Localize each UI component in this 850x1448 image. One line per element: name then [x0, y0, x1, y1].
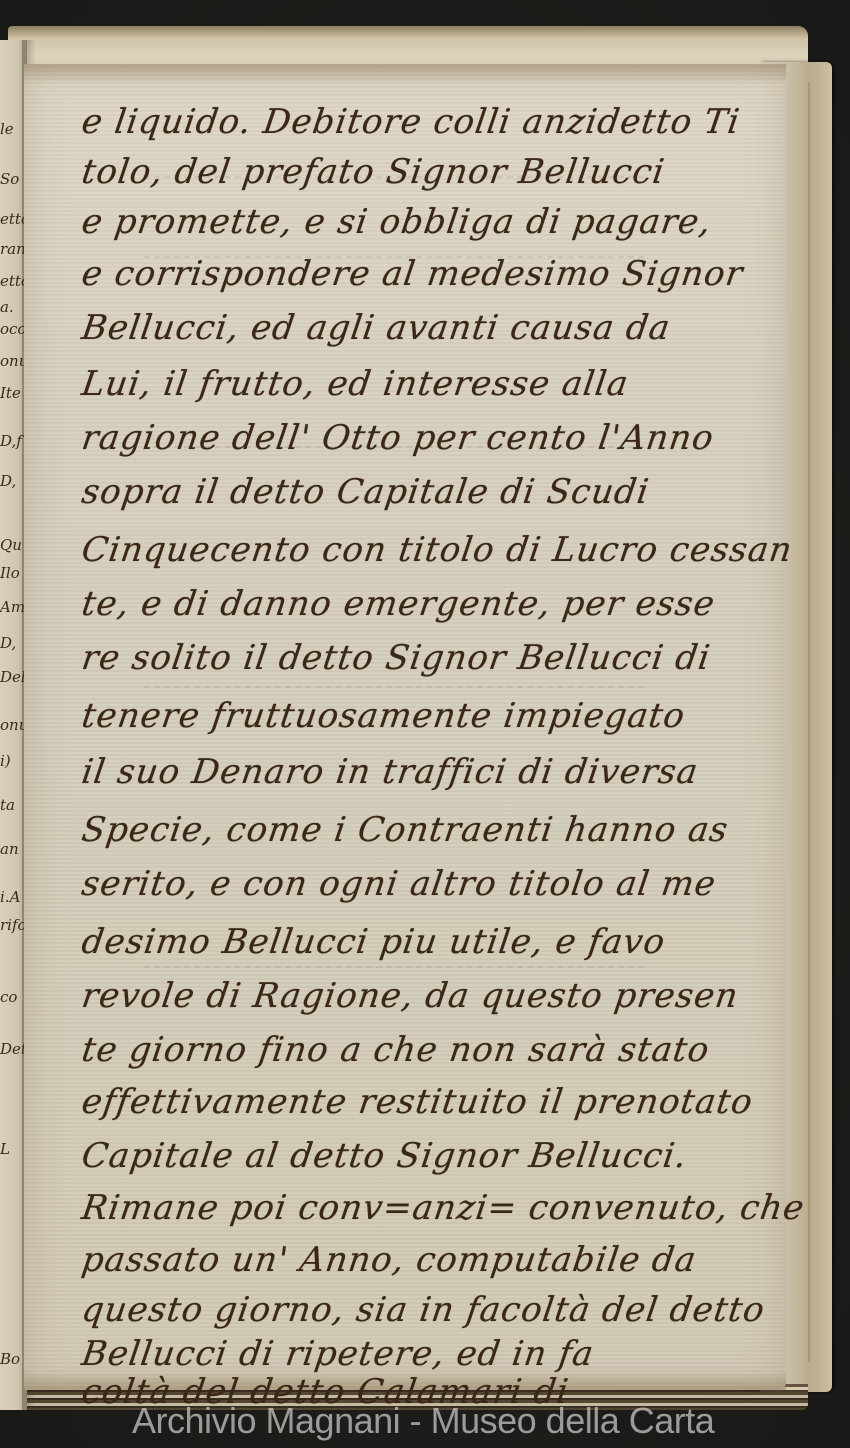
manuscript-line: ragione dell' Otto per cento l'Anno: [79, 418, 716, 458]
manuscript-line: Cinquecento con titolo di Lucro cessan: [79, 530, 795, 570]
manuscript-line: tolo, del prefato Signor Bellucci: [79, 152, 667, 192]
manuscript-line: Capitale al detto Signor Bellucci.: [79, 1136, 690, 1176]
bleed-through-ghost: [144, 684, 644, 688]
manuscript-line: Bellucci, ed agli avanti causa da: [79, 308, 673, 348]
manuscript-line: desimo Bellucci piu utile, e favo: [79, 922, 668, 962]
manuscript-line: e corrispondere al medesimo Signor: [79, 254, 746, 294]
manuscript-line: Lui, il frutto, ed interesse alla: [79, 364, 631, 404]
manuscript-line: passato un' Anno, computabile da: [79, 1240, 699, 1280]
manuscript-line: questo giorno, sia in facoltà del detto: [79, 1290, 767, 1330]
manuscript-line: sopra il detto Capitale di Scudi: [79, 472, 652, 512]
archive-watermark: Archivio Magnani - Museo della Carta: [132, 1400, 714, 1442]
manuscript-line: revole di Ragione, da questo presen: [79, 976, 741, 1016]
manuscript-line: te giorno fino a che non sarà stato: [79, 1030, 712, 1070]
manuscript-line: te, e di danno emergente, per esse: [79, 584, 718, 624]
manuscript-line: Rimane poi conv=anzi= convenuto, che: [79, 1188, 807, 1228]
bleed-through-ghost: [144, 964, 644, 968]
manuscript-line: e liquido. Debitore colli anzidetto Ti: [79, 102, 742, 142]
manuscript-line: il suo Denaro in traffici di diversa: [79, 752, 701, 792]
manuscript-line: tenere fruttuosamente impiegato: [79, 696, 688, 736]
manuscript-line: Specie, come i Contraenti hanno as: [79, 810, 731, 850]
manuscript-line: Bellucci di ripetere, ed in fa: [79, 1334, 597, 1374]
manuscript-line: serito, e con ogni altro titolo al me: [79, 864, 719, 904]
manuscript-line: effettivamente restituito il prenotato: [79, 1082, 755, 1122]
manuscript-line: re solito il detto Signor Bellucci di: [79, 638, 713, 678]
manuscript-line: e promette, e si obbliga di pagare,: [79, 202, 714, 242]
